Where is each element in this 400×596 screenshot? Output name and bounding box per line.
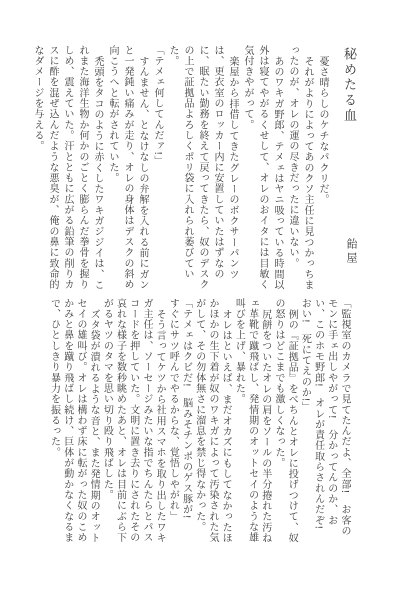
text-line: の怒りはどこまでも激しくなった。 [272, 298, 285, 545]
text-line: と一発鈍い痛みが走り、オレの身体はデスクの斜め [120, 45, 135, 291]
text-line: 禿頭をタコのように赤くしたワキガジジイは、こ [90, 45, 105, 291]
text-line: の上で証拠品よろしくポリ袋に入れられ萎びてい [180, 45, 195, 291]
author-name: 飴屋 [343, 238, 358, 266]
text-line: れまた海洋生物か何かのごとく膨らんだ拳骨を握り [75, 45, 90, 291]
text-line: 例の『証拠品』をべちんとオレに投げつけて、奴 [285, 298, 298, 545]
text-line: かほかの生下着が奴のワキガによって汚染された気 [206, 298, 219, 545]
text-line: ったのが、オレの運の尽きだったに違いない。 [285, 45, 300, 291]
text-line: がるヤツのタマを思い切り殴り飛ばした。 [100, 298, 113, 545]
text-line: スに酢を混ぜ込んだような悪臭が、俺の鼻に致命的 [45, 45, 60, 291]
text-line: た。 [165, 45, 180, 291]
text-line: コードを押していた。文明に置き去りにされたその [127, 298, 140, 545]
text-line: 尻餅をついたオレの肩をソールの半分捲れた汚ね [259, 298, 272, 545]
text-line: 「監視室のカメラで見てたんだよ、全部! お客の [338, 298, 351, 545]
text-line: モンに手ェ出しやがって! 分かってんのか、お [325, 298, 338, 545]
novel-page: 秘めたる血 飴屋 憂さ晴らしのケチなパクリだ。それがよりによってあのクソ主任に見… [0, 0, 400, 596]
text-line: かみと鼻を蹴り飛ばし続け、巨体が動かなくなるま [61, 298, 74, 545]
text-line: 「テメェはクビだ! 脳みそチンポのゲス豚が! [179, 298, 192, 545]
text-line: すぐにサツ呼んでやるからな、覚悟しやがれ」 [166, 298, 179, 545]
text-line: い、このホモ野郎! オレが責任取らされんだぞ! [311, 298, 324, 545]
upper-text-section: 秘めたる血 飴屋 憂さ晴らしのケチなパクリだ。それがよりによってあのクソ主任に見… [30, 45, 357, 291]
text-line: ガ主任は、ソーセージみたいな指でちんたらとパス [140, 298, 153, 545]
lower-text-section: 「監視室のカメラで見てたんだよ、全部! お客のモンに手ェ出しやがって! 分かって… [47, 298, 351, 545]
text-line: 「テメェ何してんだァ!」 [150, 45, 165, 291]
text-line: すんません、となけなしの弁解を入れる前にガン [135, 45, 150, 291]
text-line: は、更衣室のロッカー内に安置していたはずなの [210, 45, 225, 291]
text-line: それがよりによってあのクソ主任に見つかっちま [300, 45, 315, 291]
text-line: そう言ってケツから社用スマホを取り出したワキ [153, 298, 166, 545]
text-line: しめ、震えていた。汗とともに広がる鉛筆の削りカ [60, 45, 75, 291]
text-line: おい! 死にてえのか!」 [298, 298, 311, 545]
title-column: 秘めたる血 飴屋 [342, 45, 357, 291]
text-line: オレはといえば、まだオカズにもしてなかったほ [219, 298, 232, 545]
text-line: ズタ袋が潰れるような音と、また発情期のオット [87, 298, 100, 545]
text-line: セイの雄叫び。オレは構わず床に転がった奴のこめ [74, 298, 87, 545]
text-line: 哀れな様子を数秒眺めたあと、オレは目前にぶら下 [113, 298, 126, 545]
text-line: ェ革靴で蹴飛ばし、発情期のオットセイのような雄 [245, 298, 258, 545]
text-line: あのワキガ野郎、テメェはヤニ吸っている時間以 [270, 45, 285, 291]
story-title: 秘めたる血 [342, 47, 357, 124]
text-line: に、眠たい勤務を終えて戻ってきたら、奴のデスク [195, 45, 210, 291]
text-line: がして、その勿体無さに溜息を禁じ得なかった。 [193, 298, 206, 545]
text-line: 外は寝てやがるくせして、オレのおイタには目敏く [255, 45, 270, 291]
text-line: なダメージを与える。 [30, 45, 45, 291]
text-line: 気付きやがって。 [240, 45, 255, 291]
text-line: 楽屋から拝借してきたグレーのボクサーパンツ [225, 45, 240, 291]
text-line: 向こうへと転がされていた。 [105, 45, 120, 291]
text-line: 憂さ晴らしのケチなパクリだ。 [315, 45, 330, 291]
text-line: 叫びを上げ、暴れた。 [232, 298, 245, 545]
text-line: で、ひとしきり暴力を振るった。 [47, 298, 60, 545]
